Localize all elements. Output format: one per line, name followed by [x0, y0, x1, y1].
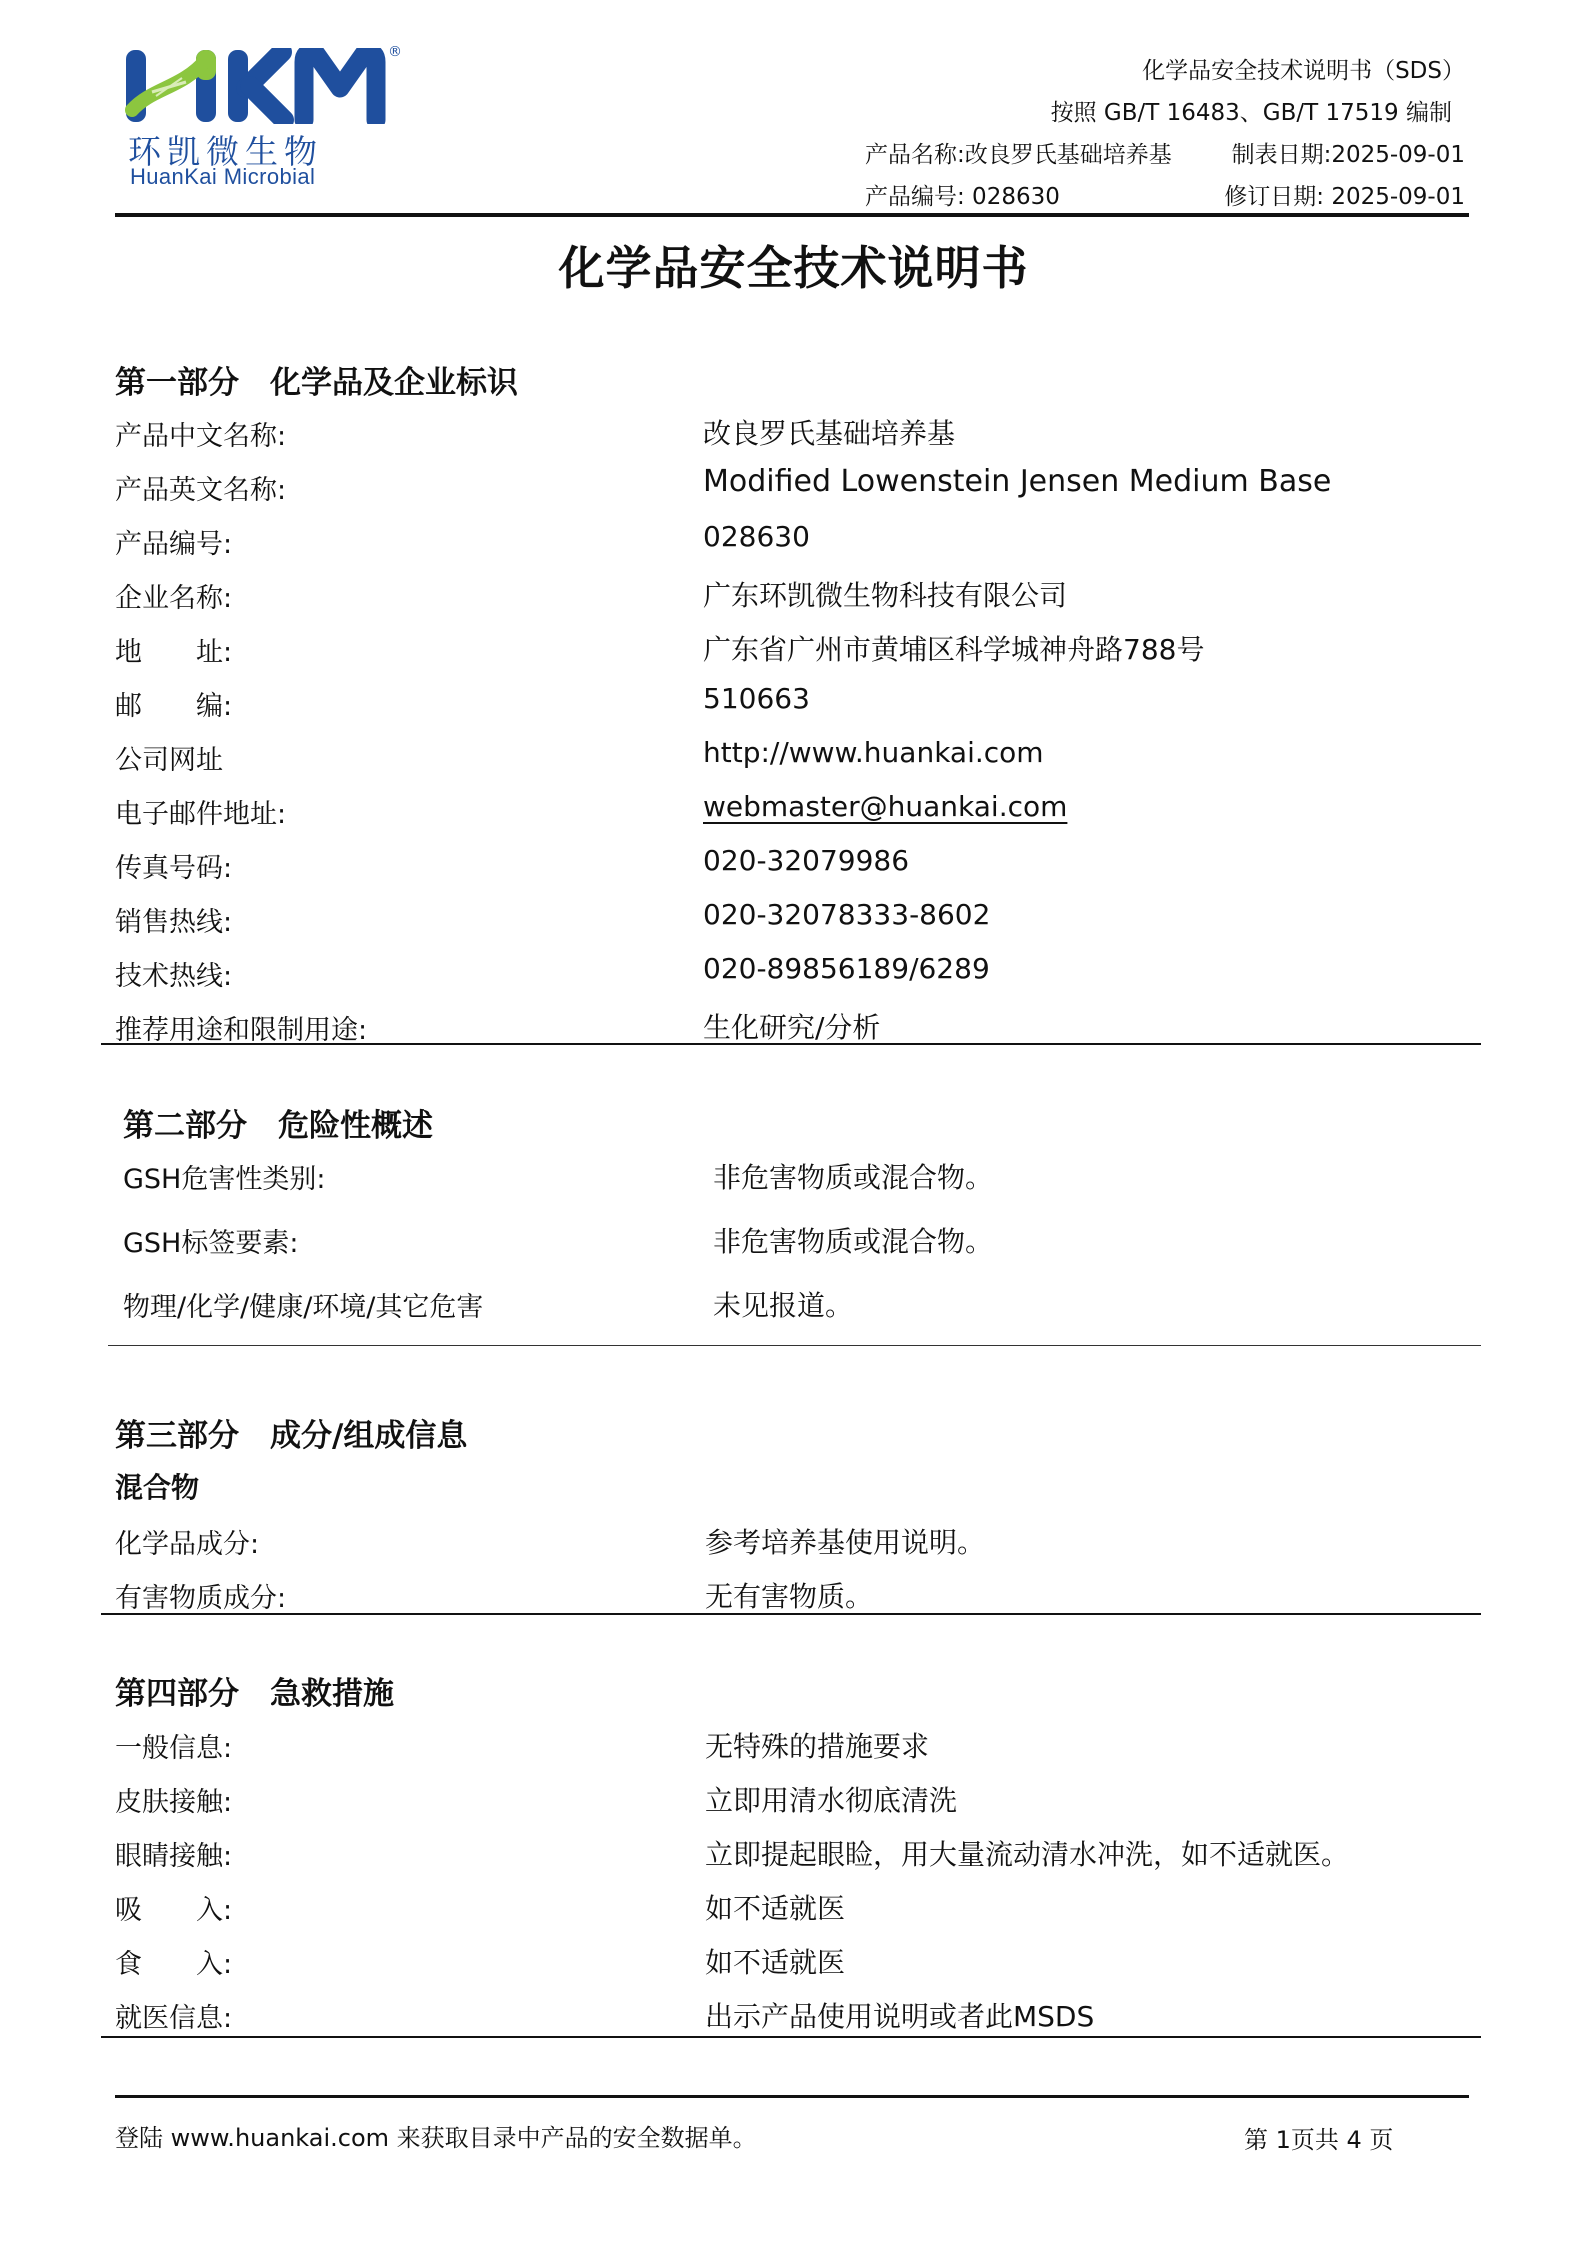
header-product-name: 产品名称:改良罗氏基础培养基 [865, 136, 1172, 169]
header-divider [115, 213, 1469, 217]
field-value: 510663 [703, 682, 810, 715]
field-label: 公司网址 [115, 738, 223, 777]
field-label: GSH标签要素: [123, 1221, 298, 1260]
field-value: 未见报道。 [713, 1284, 853, 1324]
website-link[interactable]: http://www.huankai.com [703, 736, 1044, 769]
field-label: 吸 入: [115, 1888, 232, 1927]
field-label: 食 入: [115, 1942, 232, 1981]
field-label: 就医信息: [115, 1996, 232, 2035]
header-created-date: 制表日期:2025-09-01 [1232, 136, 1465, 169]
field-label: 皮肤接触: [115, 1780, 232, 1819]
field-value: 立即用清水彻底清洗 [705, 1779, 957, 1819]
field-label: 产品中文名称: [115, 414, 286, 453]
field-label: 化学品成分: [115, 1522, 259, 1561]
section-divider [108, 1345, 1481, 1346]
field-value: 无特殊的措施要求 [705, 1725, 929, 1765]
section-heading: 第三部分 成分/组成信息 [115, 1410, 467, 1455]
registered-mark: ® [388, 44, 402, 60]
section-heading: 第二部分 危险性概述 [123, 1100, 433, 1145]
doc-type: 化学品安全技术说明书（SDS） [1142, 52, 1465, 85]
page-number: 第 1页共 4 页 [1244, 2120, 1393, 2155]
field-label: 有害物质成分: [115, 1576, 286, 1615]
field-value: 参考培养基使用说明。 [705, 1521, 985, 1561]
field-value: 改良罗氏基础培养基 [703, 412, 955, 452]
section-divider [101, 1043, 1481, 1045]
section-divider [101, 2036, 1481, 2038]
section-divider [101, 1613, 1481, 1615]
field-value: 非危害物质或混合物。 [713, 1220, 993, 1260]
company-logo: ® 环凯微生物 HuanKai Microbial [122, 44, 402, 190]
field-label: 销售热线: [115, 900, 232, 939]
field-value: 如不适就医 [705, 1941, 845, 1981]
field-value: 如不适就医 [705, 1887, 845, 1927]
field-value: 广东环凯微生物科技有限公司 [703, 574, 1067, 614]
field-label: 传真号码: [115, 846, 232, 885]
footer-divider [115, 2095, 1469, 2098]
hkm-logo-mark-icon [122, 48, 388, 124]
field-value: 生化研究/分析 [703, 1006, 880, 1046]
field-label: GSH危害性类别: [123, 1157, 325, 1196]
logo-name-en: HuanKai Microbial [130, 164, 315, 190]
field-value: 020-89856189/6289 [703, 952, 990, 985]
field-label: 邮 编: [115, 684, 232, 723]
field-label: 推荐用途和限制用途: [115, 1008, 367, 1047]
field-label: 电子邮件地址: [115, 792, 286, 831]
field-label: 地 址: [115, 630, 232, 669]
field-label: 企业名称: [115, 576, 232, 615]
field-value: 020-32078333-8602 [703, 898, 990, 931]
header-product-code: 产品编号: 028630 [865, 178, 1060, 211]
field-value: 出示产品使用说明或者此MSDS [705, 1995, 1094, 2035]
document-title: 化学品安全技术说明书 [0, 232, 1587, 298]
field-label: 技术热线: [115, 954, 232, 993]
field-value: 028630 [703, 520, 810, 553]
header-revised-date: 修订日期: 2025-09-01 [1224, 178, 1465, 211]
field-label: 产品英文名称: [115, 468, 286, 507]
field-label: 产品编号: [115, 522, 232, 561]
section-heading: 第四部分 急救措施 [115, 1668, 394, 1713]
field-value: 广东省广州市黄埔区科学城神舟路788号 [703, 628, 1204, 668]
field-label: 眼睛接触: [115, 1834, 232, 1873]
email-link[interactable]: webmaster@huankai.com [703, 790, 1067, 823]
section-heading: 第一部分 化学品及企业标识 [115, 357, 518, 402]
field-label: 物理/化学/健康/环境/其它危害 [123, 1285, 483, 1324]
standard-reference: 按照 GB/T 16483、GB/T 17519 编制 [1051, 94, 1452, 127]
field-value: 无有害物质。 [705, 1575, 873, 1615]
section-subheading: 混合物 [115, 1466, 199, 1506]
footer-note: 登陆 www.huankai.com 来获取目录中产品的安全数据单。 [115, 2118, 757, 2153]
field-label: 一般信息: [115, 1726, 232, 1765]
field-value: 020-32079986 [703, 844, 909, 877]
field-value: 非危害物质或混合物。 [713, 1156, 993, 1196]
field-value: 立即提起眼睑，用大量流动清水冲洗，如不适就医。 [705, 1833, 1349, 1873]
field-value: Modified Lowenstein Jensen Medium Base [703, 464, 1331, 499]
